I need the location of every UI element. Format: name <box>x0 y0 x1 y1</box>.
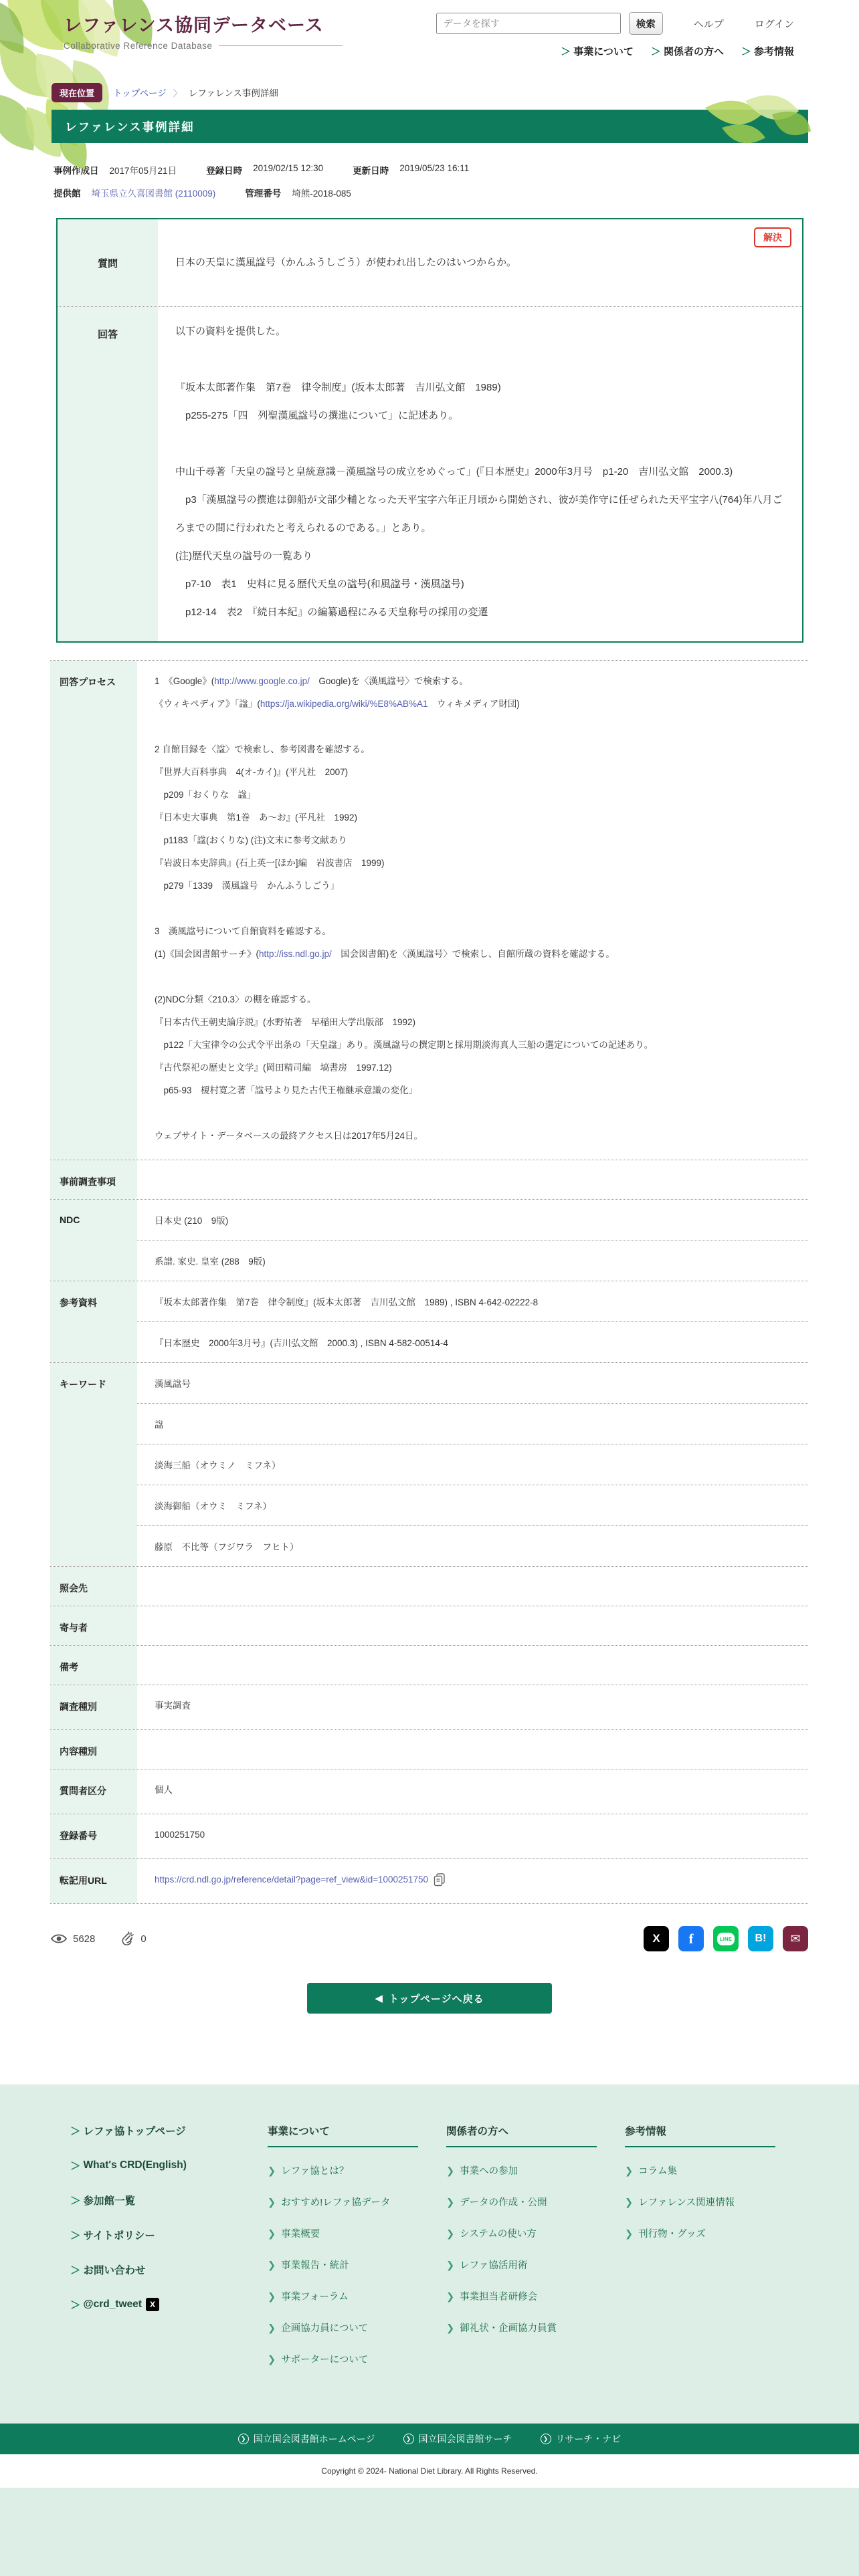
breadcrumb: 現在位置 トップページ 〉 レファレンス事例詳細 <box>0 75 859 110</box>
updated-label: 更新日時 <box>353 163 389 177</box>
clap-count-value: 0 <box>140 1933 146 1945</box>
footer-link[interactable]: ❯事業フォーラム <box>268 2289 445 2303</box>
footer-link-label: What's CRD(English) <box>84 2159 187 2171</box>
footer-col-site: ＞レファ協トップページ ＞What's CRD(English) ＞参加館一覧 … <box>70 2123 268 2383</box>
row-pre-survey: 事前調査事項 <box>50 1160 808 1199</box>
row-registration-number: 登録番号 1000251750 <box>50 1814 808 1858</box>
permalink-url-value: https://crd.ndl.go.jp/reference/detail?p… <box>137 1859 808 1903</box>
process-line: p1183「諡(おくりな) (注)文末に参考文献あり <box>155 829 791 852</box>
process-line: (2)NDC分類〈210.3〉の棚を確認する。 <box>155 988 791 1011</box>
footer-link[interactable]: ❯事業への参加 <box>446 2163 624 2177</box>
reference-material: 『坂本太郎著作集 第7巻 律令制度』(坂本太郎著 吉川弘文館 1989) , I… <box>137 1281 808 1321</box>
pre-survey-label: 事前調査事項 <box>50 1160 137 1199</box>
answer-line <box>175 346 785 374</box>
process-line: p65-93 榎村寛之著「諡号より見た古代王権継承意識の変化」 <box>155 1079 791 1102</box>
nav-for-members[interactable]: ＞関係者の方へ <box>651 44 724 58</box>
process-line: ウェブサイト・データベースの最終アクセス日は2017年5月24日。 <box>155 1125 791 1148</box>
answer-line <box>175 430 785 458</box>
footer-col-reference: 参考情報 ❯コラム集 ❯レファレンス関連情報 ❯刊行物・グッズ <box>625 2123 799 2383</box>
footer-col-members-title: 関係者の方へ <box>446 2123 597 2147</box>
ndl-link-label: 国立国会図書館サーチ <box>419 2432 512 2446</box>
process-line: 『日本史大事典 第1巻 あ～お』(平凡社 1992) <box>155 807 791 829</box>
process-line <box>155 1102 791 1125</box>
contributor-value <box>137 1606 808 1645</box>
library-link[interactable]: 埼玉県立久喜図書館 (2110009) <box>92 186 216 199</box>
footer-link[interactable]: ❯御礼状・企画協力員賞 <box>446 2321 624 2335</box>
footer-link[interactable]: ❯おすすめ!レファ協データ <box>268 2195 445 2209</box>
header-nav: ＞事業について ＞関係者の方へ ＞参考情報 <box>561 44 794 58</box>
footer-link[interactable]: ❯レファ協とは？ <box>268 2163 445 2177</box>
qa-box: 解決 質問 日本の天皇に漢風諡号（かんふうしごう）が使われ出したのはいつからか。… <box>56 218 803 643</box>
footer-link[interactable]: ❯サポーターについて <box>268 2352 445 2366</box>
footer-link-label: 刊行物・グッズ <box>638 2229 706 2240</box>
process-text: Google)を〈漢風諡号〉で検索する。 <box>310 676 468 686</box>
back-to-top-label: トップページへ戻る <box>389 1992 484 2006</box>
reference-materials-values: 『坂本太郎著作集 第7巻 律令制度』(坂本太郎著 吉川弘文館 1989) , I… <box>137 1281 808 1362</box>
answer-process-value: 1 《Google》(http://www.google.co.jp/ Goog… <box>137 661 808 1160</box>
footer-link-label: 事業報告・統計 <box>281 2260 349 2271</box>
row-survey-type: 調査種別 事実調査 <box>50 1685 808 1729</box>
content-type-label: 内容種別 <box>50 1730 137 1769</box>
keywords-label: キーワード <box>50 1363 137 1566</box>
breadcrumb-current: レファレンス事例詳細 <box>189 86 278 99</box>
answer-line: 中山千尋著「天皇の諡号と皇統意識－漢風諡号の成立をめぐって」(『日本歴史』200… <box>175 458 785 486</box>
chevron-icon: ❯ <box>268 2260 276 2271</box>
share-facebook-icon[interactable]: f <box>678 1926 704 1951</box>
answer-text: 以下の資料を提供した。 『坂本太郎著作集 第7巻 律令制度』(坂本太郎著 吉川弘… <box>158 307 802 641</box>
registration-number-value: 1000251750 <box>137 1814 808 1858</box>
footer-link-label: 事業への参加 <box>460 2166 518 2177</box>
row-keywords: キーワード 漢風諡号 諡 淡海三船（オウミノ ミフネ） 淡海御船（オウミ ミフネ… <box>50 1362 808 1566</box>
answer-line: p3「漢風諡号の撰進は御船が文部少輔となった天平宝字六年正月頃から開始され、彼が… <box>175 486 785 542</box>
chevron-icon: ❯ <box>446 2292 454 2302</box>
contributor-label: 寄与者 <box>50 1606 137 1645</box>
footer-link-label: サポーターについて <box>281 2355 368 2365</box>
footer-link-whats-crd[interactable]: ＞What's CRD(English) <box>70 2158 268 2173</box>
footer-link-label: データの作成・公開 <box>460 2197 547 2208</box>
row-inquiry-destination: 照会先 <box>50 1566 808 1606</box>
process-line <box>155 966 791 988</box>
footer-link-label: コラム集 <box>638 2166 677 2177</box>
chevron-icon: ＞ <box>70 2123 81 2138</box>
created-value: 2017年05月21日 <box>110 163 177 177</box>
footer-link-label: レファ協とは？ <box>281 2166 349 2177</box>
ndl-link-label: 国立国会図書館ホームページ <box>254 2432 375 2446</box>
chevron-icon: ❯ <box>268 2355 276 2365</box>
footer-link-policy[interactable]: ＞サイトポリシー <box>70 2228 268 2242</box>
keyword: 諡 <box>137 1403 808 1444</box>
row-answer-process: 回答プロセス 1 《Google》(http://www.google.co.j… <box>50 660 808 1160</box>
answer-line: p7-10 表1 史料に見る歴代天皇の諡号(和風諡号・漢風諡号) <box>175 570 785 599</box>
footer-col-business: 事業について ❯レファ協とは？ ❯おすすめ!レファ協データ ❯事業概要 ❯事業報… <box>268 2123 445 2383</box>
footer-link-contact[interactable]: ＞お問い合わせ <box>70 2262 268 2277</box>
process-link[interactable]: https://ja.wikipedia.org/wiki/%E8%AB%A1 <box>260 699 428 709</box>
chevron-icon: ＞ <box>70 2228 81 2242</box>
process-line: 『世界大百科事典 4(オ-カイ)』(平凡社 2007) <box>155 761 791 784</box>
asker-type-label: 質問者区分 <box>50 1769 137 1814</box>
process-line: 《ウィキペディア》「諡」(https://ja.wikipedia.org/wi… <box>155 693 791 716</box>
footer-link[interactable]: ❯システムの使い方 <box>446 2226 624 2240</box>
ndc-value: 日本史 (210 9版) <box>137 1200 808 1240</box>
process-line: (1)《国会図書館サーチ》(http://iss.ndl.go.jp/ 国会図書… <box>155 943 791 966</box>
nav-about-business[interactable]: ＞事業について <box>561 44 634 58</box>
row-reference-materials: 参考資料 『坂本太郎著作集 第7巻 律令制度』(坂本太郎著 吉川弘文館 1989… <box>50 1281 808 1362</box>
footer-link-label: 事業フォーラム <box>281 2292 349 2302</box>
copyright-text: Copyright © 2024- National Diet Library.… <box>321 2466 537 2476</box>
footer-link[interactable]: ❯刊行物・グッズ <box>625 2226 799 2240</box>
process-line: 3 漢風諡号について自館資料を確認する。 <box>155 920 791 943</box>
row-content-type: 内容種別 <box>50 1729 808 1769</box>
meta-row-library: 提供館 埼玉県立久喜図書館 (2110009) 管理番号 埼熊-2018-085 <box>54 186 859 199</box>
nav-reference-info[interactable]: ＞参考情報 <box>741 44 794 58</box>
remarks-label: 備考 <box>50 1646 137 1685</box>
circle-chevron-icon: ❯ <box>238 2434 249 2444</box>
share-mail-icon[interactable]: ✉ <box>783 1926 808 1951</box>
process-text: 国会図書館)を〈漢風諡号〉で検索し、自館所蔵の資料を確認する。 <box>332 949 615 959</box>
chevron-icon: ❯ <box>625 2166 633 2177</box>
survey-type-value: 事実調査 <box>137 1685 808 1729</box>
footer-link[interactable]: ❯レファ協活用術 <box>446 2258 624 2272</box>
keyword: 淡海三船（オウミノ ミフネ） <box>137 1444 808 1485</box>
registered-label: 登録日時 <box>206 163 242 177</box>
chevron-icon: ❯ <box>446 2197 454 2208</box>
site-logo-subtitle-text: Collaborative Reference Database <box>64 41 212 51</box>
keyword: 漢風諡号 <box>137 1363 808 1403</box>
row-permalink-url: 転記用URL https://crd.ndl.go.jp/reference/d… <box>50 1858 808 1904</box>
chevron-icon: ＞ <box>70 2262 81 2277</box>
process-line <box>155 716 791 738</box>
process-line: 『日本古代王朝史論序説』(水野祐著 早稲田大学出版部 1992) <box>155 1011 791 1034</box>
content-type-value <box>137 1730 808 1769</box>
inquiry-destination-value <box>137 1567 808 1606</box>
ndc-values: 日本史 (210 9版) 系譜. 家史. 皇室 (288 9版) <box>137 1200 808 1281</box>
footer-link[interactable]: ❯コラム集 <box>625 2163 799 2177</box>
eye-icon <box>50 1933 68 1945</box>
chevron-icon: ❯ <box>268 2166 276 2177</box>
question-text: 日本の天皇に漢風諡号（かんふうしごう）が使われ出したのはいつからか。 <box>158 219 802 306</box>
reference-material: 『日本歴史 2000年3月号』(吉川弘文館 2000.3) , ISBN 4-5… <box>137 1321 808 1362</box>
process-line: 2 自館目録を〈諡〉で検索し、参考図書を確認する。 <box>155 738 791 761</box>
chevron-icon: ❯ <box>446 2323 454 2334</box>
chevron-icon: ❯ <box>625 2197 633 2208</box>
ndl-links-bar: ❯国立国会図書館ホームページ ❯国立国会図書館サーチ ❯リサーチ・ナビ <box>0 2424 859 2454</box>
footer-link[interactable]: ❯データの作成・公開 <box>446 2195 624 2209</box>
process-line <box>155 897 791 920</box>
chevron-icon: ❯ <box>268 2197 276 2208</box>
process-line: 『岩波日本史辞典』(石上英一[ほか]編 岩波書店 1999) <box>155 852 791 875</box>
footer-col-reference-title: 参考情報 <box>625 2123 775 2147</box>
answer-row: 回答 以下の資料を提供した。 『坂本太郎著作集 第7巻 律令制度』(坂本太郎著 … <box>58 306 802 641</box>
footer-link-top[interactable]: ＞レファ協トップページ <box>70 2123 268 2138</box>
registered-value: 2019/02/15 12:30 <box>253 163 323 177</box>
site-logo-subtitle: Collaborative Reference Database <box>64 41 343 51</box>
site-header: レファレンス協同データベース Collaborative Reference D… <box>0 0 859 75</box>
nav-label: 事業について <box>573 46 634 58</box>
footer-link[interactable]: ❯事業概要 <box>268 2226 445 2240</box>
answer-line: 以下の資料を提供した。 <box>175 318 785 346</box>
footer-link-label: 御礼状・企画協力員賞 <box>460 2323 557 2334</box>
process-text: ウィキメディア財団) <box>427 699 519 709</box>
footer-link[interactable]: ❯事業担当者研修会 <box>446 2289 624 2303</box>
footer-link-label: レファ協トップページ <box>84 2123 186 2138</box>
footer-link-label: システムの使い方 <box>460 2229 537 2240</box>
library-label: 提供館 <box>54 186 81 199</box>
breadcrumb-home-link[interactable]: トップページ <box>113 86 167 99</box>
keyword: 藤原 不比等（フジワラ フヒト） <box>137 1525 808 1566</box>
survey-type-label: 調査種別 <box>50 1685 137 1729</box>
chevron-icon: ❯ <box>268 2292 276 2302</box>
research-navi-link[interactable]: ❯リサーチ・ナビ <box>541 2432 622 2446</box>
inquiry-destination-label: 照会先 <box>50 1567 137 1606</box>
share-hatena-icon[interactable]: B! <box>748 1926 773 1951</box>
ndl-home-link[interactable]: ❯国立国会図書館ホームページ <box>238 2432 375 2446</box>
row-contributor: 寄与者 <box>50 1606 808 1645</box>
process-line: 1 《Google》(http://www.google.co.jp/ Goog… <box>155 670 791 693</box>
stats-bar: 5628 0 X f LINE B! ✉ <box>50 1917 808 1960</box>
footer-col-members: 関係者の方へ ❯事業への参加 ❯データの作成・公開 ❯システムの使い方 ❯レファ… <box>446 2123 624 2383</box>
footer-link-label: 企画協力員について <box>281 2323 368 2334</box>
copy-icon[interactable] <box>434 1873 446 1887</box>
page-title: レファレンス事例詳細 <box>52 118 195 135</box>
view-count-value: 5628 <box>73 1933 95 1945</box>
reference-materials-label: 参考資料 <box>50 1281 137 1362</box>
footer-link-label: レファレンス関連情報 <box>638 2197 735 2208</box>
management-number-value: 埼熊-2018-085 <box>292 186 351 199</box>
sns-share-buttons: X f LINE B! ✉ <box>644 1926 808 1951</box>
left-triangle-icon: ◀ <box>375 1992 383 2004</box>
ndc-label: NDC <box>50 1200 137 1281</box>
pre-survey-value <box>137 1160 808 1199</box>
answer-line: 『坂本太郎著作集 第7巻 律令制度』(坂本太郎著 吉川弘文館 1989) <box>175 374 785 402</box>
permalink-url-link[interactable]: https://crd.ndl.go.jp/reference/detail?p… <box>155 1868 428 1891</box>
row-ndc: NDC 日本史 (210 9版) 系譜. 家史. 皇室 (288 9版) <box>50 1199 808 1281</box>
share-line-icon[interactable]: LINE <box>713 1926 739 1951</box>
footer-link-label: お問い合わせ <box>84 2262 146 2277</box>
answer-line: (注)歴代天皇の諡号の一覧あり <box>175 542 785 570</box>
keyword: 淡海御船（オウミ ミフネ） <box>137 1485 808 1525</box>
view-count: 5628 <box>50 1933 95 1945</box>
ndl-search-link[interactable]: ❯国立国会図書館サーチ <box>403 2432 512 2446</box>
details-table: 回答プロセス 1 《Google》(http://www.google.co.j… <box>50 660 808 1904</box>
process-text: 《ウィキペディア》「諡」( <box>155 699 260 709</box>
footer-link-label: @crd_tweet <box>84 2298 142 2311</box>
ndl-link-label: リサーチ・ナビ <box>556 2432 622 2446</box>
process-link[interactable]: http://iss.ndl.go.jp/ <box>259 949 332 959</box>
clap-count[interactable]: 0 <box>119 1931 146 1947</box>
circle-chevron-icon: ❯ <box>403 2434 414 2444</box>
ndc-value: 系譜. 家史. 皇室 (288 9版) <box>137 1240 808 1281</box>
bottom-strip <box>0 2488 859 2576</box>
answer-process-label: 回答プロセス <box>50 661 137 1160</box>
remarks-value <box>137 1646 808 1685</box>
chevron-icon: ＞ <box>70 2297 81 2312</box>
process-text: 1 《Google》( <box>155 676 214 686</box>
back-button-wrap: ◀ トップページへ戻る <box>0 1983 859 2014</box>
chevron-icon: ＞ <box>651 46 661 58</box>
search-button[interactable]: 検索 <box>629 12 663 35</box>
asker-type-value: 個人 <box>137 1769 808 1814</box>
registration-number-label: 登録番号 <box>50 1814 137 1858</box>
footer-link[interactable]: ❯事業報告・統計 <box>268 2258 445 2272</box>
chevron-icon: ＞ <box>70 2158 81 2173</box>
site-logo[interactable]: レファレンス協同データベース Collaborative Reference D… <box>64 11 343 51</box>
management-number-label: 管理番号 <box>245 186 281 199</box>
process-line: p279「1339 漢風諡号 かんふうしごう」 <box>155 875 791 897</box>
chevron-icon: ❯ <box>446 2229 454 2240</box>
header-tools: 検索 ヘルプ ログイン <box>436 12 794 35</box>
nav-label: 関係者の方へ <box>664 46 724 58</box>
line-bubble: LINE <box>717 1933 735 1945</box>
search-input[interactable] <box>436 13 621 34</box>
permalink-url-label: 転記用URL <box>50 1859 137 1903</box>
process-line: p122「大宝律令の公式令平出条の「天皇諡」あり。漢風諡号の撰定期と採用期淡海真… <box>155 1034 791 1057</box>
process-line: 『古代祭祀の歴史と文学』(岡田精司編 塙書房 1997.12) <box>155 1057 791 1079</box>
footer-link[interactable]: ❯レファレンス関連情報 <box>625 2195 799 2209</box>
chevron-icon: ＞ <box>741 46 751 58</box>
footer-link-twitter[interactable]: ＞@crd_tweetX <box>70 2297 268 2312</box>
updated-value: 2019/05/23 16:11 <box>399 163 469 177</box>
chevron-icon: ＞ <box>561 46 571 58</box>
help-link[interactable]: ヘルプ <box>694 17 724 31</box>
footer-link-label: 事業担当者研修会 <box>460 2292 537 2302</box>
footer-col-business-title: 事業について <box>268 2123 418 2147</box>
footer-link-libraries[interactable]: ＞参加館一覧 <box>70 2193 268 2208</box>
circle-chevron-icon: ❯ <box>541 2434 551 2444</box>
page: レファレンス協同データベース Collaborative Reference D… <box>0 0 859 2576</box>
chevron-icon: ❯ <box>446 2260 454 2271</box>
back-to-top-button[interactable]: ◀ トップページへ戻る <box>307 1983 552 2014</box>
footer-link-label: サイトポリシー <box>84 2228 155 2242</box>
row-asker-type: 質問者区分 個人 <box>50 1769 808 1814</box>
page-title-bar: レファレンス事例詳細 <box>52 110 808 143</box>
meta-row-dates: 事例作成日 2017年05月21日 登録日時 2019/02/15 12:30 … <box>54 163 859 177</box>
copyright-bar: Copyright © 2024- National Diet Library.… <box>0 2454 859 2488</box>
footer-link-label: レファ協活用術 <box>460 2260 527 2271</box>
resolved-badge: 解決 <box>754 227 791 247</box>
chevron-icon: ❯ <box>446 2166 454 2177</box>
chevron-icon: ❯ <box>268 2323 276 2334</box>
footer-link-label: 事業概要 <box>281 2229 320 2240</box>
footer-link[interactable]: ❯企画協力員について <box>268 2321 445 2335</box>
question-row: 質問 日本の天皇に漢風諡号（かんふうしごう）が使われ出したのはいつからか。 <box>58 219 802 306</box>
answer-line: p255-275「四 列聖漢風諡号の撰進について」に記述あり。 <box>175 402 785 430</box>
process-link[interactable]: http://www.google.co.jp/ <box>214 676 310 686</box>
site-logo-title: レファレンス協同データベース <box>64 11 343 37</box>
share-x-icon[interactable]: X <box>644 1926 669 1951</box>
row-remarks: 備考 <box>50 1645 808 1685</box>
current-location-badge: 現在位置 <box>52 83 102 102</box>
chevron-icon: ❯ <box>625 2229 633 2240</box>
site-footer: ＞レファ協トップページ ＞What's CRD(English) ＞参加館一覧 … <box>0 2084 859 2424</box>
footer-link-label: おすすめ!レファ協データ <box>281 2197 390 2208</box>
titlebar-wrap: レファレンス事例詳細 <box>0 110 859 143</box>
question-label: 質問 <box>58 219 158 306</box>
keywords-values: 漢風諡号 諡 淡海三船（オウミノ ミフネ） 淡海御船（オウミ ミフネ） 藤原 不… <box>137 1363 808 1566</box>
breadcrumb-separator: 〉 <box>173 86 182 99</box>
logo-rule <box>219 45 343 46</box>
clap-icon <box>119 1931 135 1947</box>
answer-line: p12-14 表2 『続日本紀』の編纂過程にみる天皇称号の採用の変遷 <box>175 599 785 627</box>
process-text: (1)《国会図書館サーチ》( <box>155 949 259 959</box>
process-line: p209「おくりな 諡」 <box>155 784 791 807</box>
chevron-icon: ＞ <box>70 2193 81 2208</box>
chevron-icon: ❯ <box>268 2229 276 2240</box>
footer-link-label: 参加館一覧 <box>84 2193 136 2208</box>
x-logo-icon: X <box>146 2298 159 2311</box>
answer-label: 回答 <box>58 307 158 641</box>
nav-label: 参考情報 <box>754 46 794 58</box>
login-link[interactable]: ログイン <box>755 17 794 31</box>
